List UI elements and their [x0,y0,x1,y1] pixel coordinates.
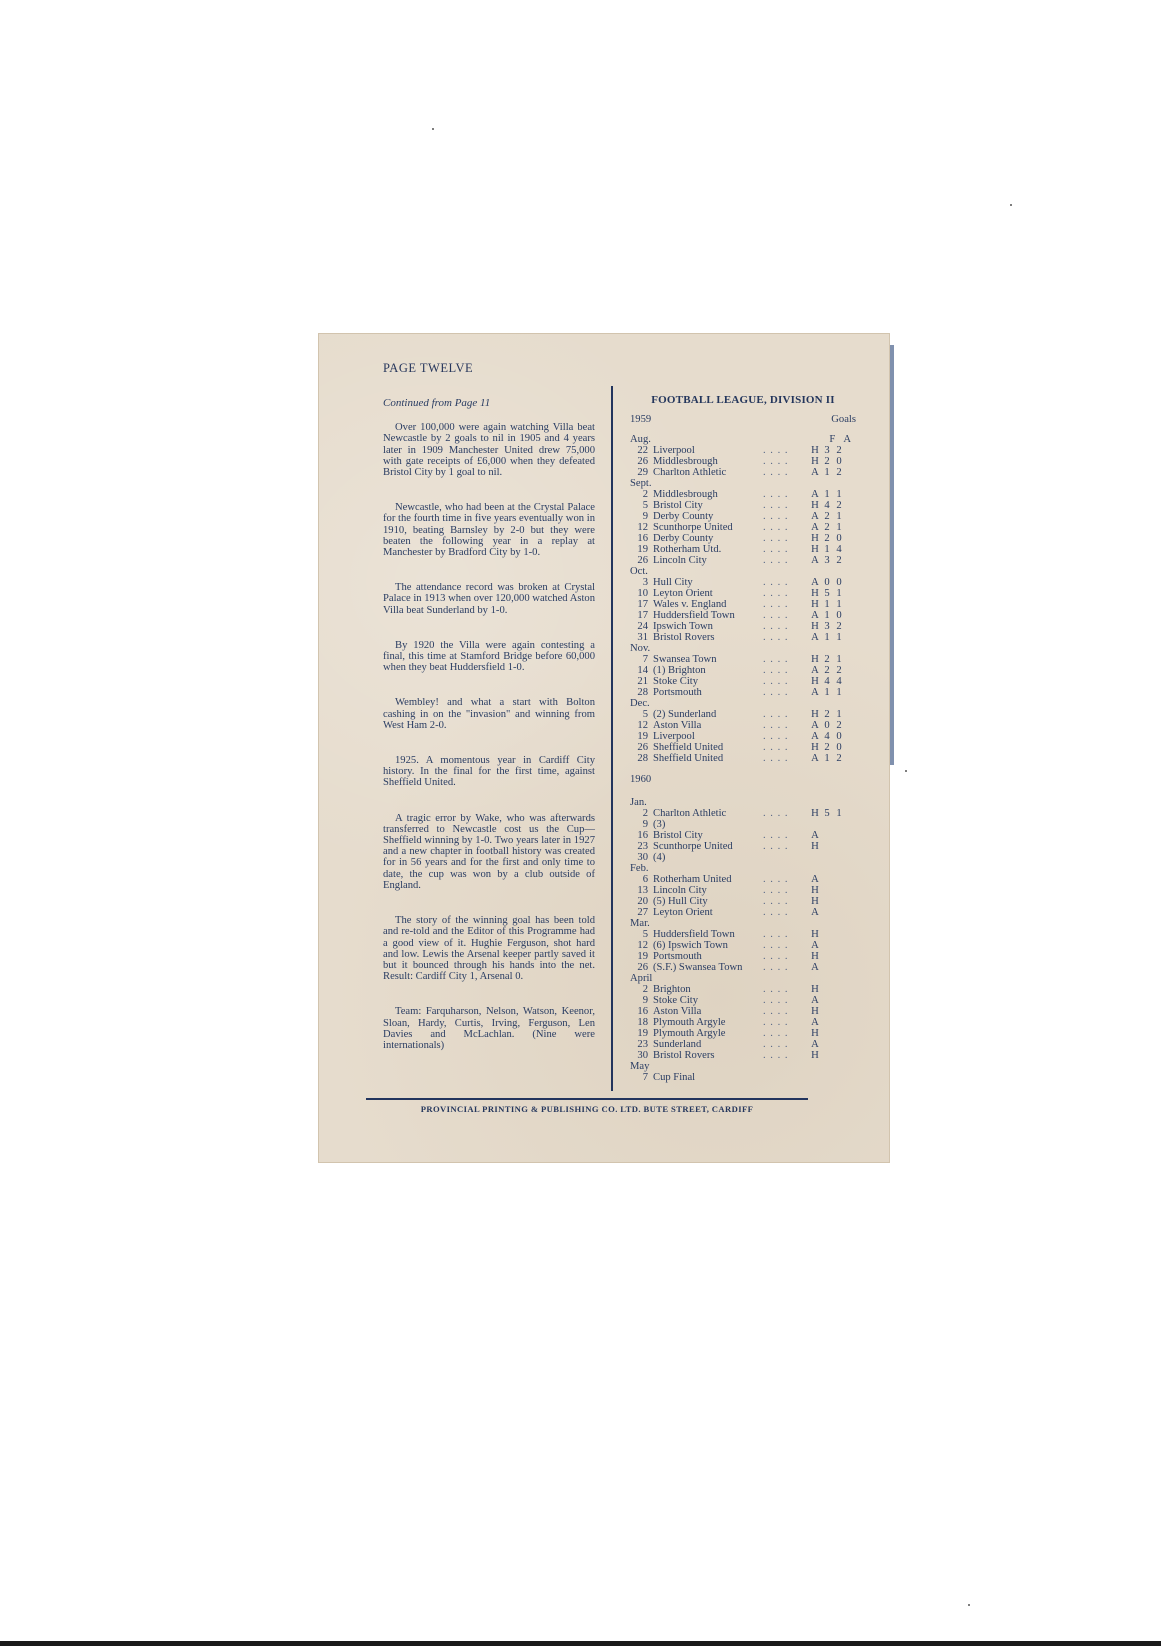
fixture-row: 24Ipswich Town. . . .H32 [630,621,856,632]
fixture-opponent: Middlesbrough [653,456,763,467]
fixture-day: 19 [630,731,653,742]
fixture-venue: A [809,489,821,500]
goals-for [821,819,833,830]
fixture-row: 6Rotherham United. . . .A [630,874,856,885]
goals-against: 1 [833,511,845,522]
goals-against [833,951,845,962]
fixture-day: 13 [630,885,653,896]
fixture-opponent: Ipswich Town [653,621,763,632]
leader-dots: . . . . [763,929,809,940]
fixture-opponent: Bristol City [653,500,763,511]
fixture-opponent: Brighton [653,984,763,995]
goals-for: 2 [821,709,833,720]
fixture-row: 30(4) [630,852,856,863]
leader-dots: . . . . [763,500,809,511]
fixture-day: 26 [630,742,653,753]
fixture-venue: A [809,1017,821,1028]
fixture-day: 2 [630,984,653,995]
fixture-row: 19Plymouth Argyle. . . .H [630,1028,856,1039]
fixture-venue: A [809,907,821,918]
leader-dots [763,819,809,830]
fixture-row: 2Charlton Athletic. . . .H51 [630,808,856,819]
goals-against [833,907,845,918]
fixture-venue: H [809,742,821,753]
leader-dots: . . . . [763,588,809,599]
month-label: Dec. [630,698,650,709]
fixture-day: 9 [630,995,653,1006]
fixture-day: 17 [630,599,653,610]
goals-against: 4 [833,676,845,687]
goals-for: 1 [821,753,833,764]
month-label: Nov. [630,643,650,654]
fixture-day: 30 [630,852,653,863]
leader-dots: . . . . [763,1006,809,1017]
fixture-row: 20(5) Hull City. . . .H [630,896,856,907]
leader-dots: . . . . [763,984,809,995]
goals-for: 1 [821,467,833,478]
goals-against: 2 [833,621,845,632]
scan-edge [0,1641,1161,1646]
fixture-day: 31 [630,632,653,643]
fixture-venue: H [809,1028,821,1039]
goals-against: 4 [833,544,845,555]
fixture-opponent: Stoke City [653,676,763,687]
leader-dots: . . . . [763,489,809,500]
fixture-venue: H [809,984,821,995]
goals-against: 2 [833,753,845,764]
history-paragraph: Wembley! and what a start with Bolton ca… [383,697,595,731]
goals-against [833,1039,845,1050]
fixture-opponent: Liverpool [653,731,763,742]
fixture-day: 26 [630,962,653,973]
goals-for [821,929,833,940]
goals-against: 1 [833,489,845,500]
fixture-venue: H [809,544,821,555]
leader-dots [763,1072,809,1083]
fixture-opponent: Rotherham United [653,874,763,885]
fixture-day: 22 [630,445,653,456]
goals-for: 2 [821,742,833,753]
fixture-row: 18Plymouth Argyle. . . .A [630,1017,856,1028]
goals-against: 1 [833,522,845,533]
fixture-day: 9 [630,819,653,830]
goals-for: 1 [821,544,833,555]
goals-for [821,1039,833,1050]
fixture-opponent: Scunthorpe United [653,841,763,852]
fixture-row: 16Bristol City. . . .A [630,830,856,841]
leader-dots: . . . . [763,511,809,522]
goals-for: 2 [821,533,833,544]
fixture-day: 28 [630,687,653,698]
fixture-row: 19Rotherham Utd.. . . .H14 [630,544,856,555]
fixture-day: 14 [630,665,653,676]
goals-for: 5 [821,588,833,599]
season-header: 1959 Goals [630,414,856,425]
fixture-opponent: Derby County [653,511,763,522]
fixture-opponent: Plymouth Argyle [653,1028,763,1039]
goals-against: 1 [833,599,845,610]
goals-against: 2 [833,467,845,478]
goals-for [821,962,833,973]
goals-against [833,885,845,896]
leader-dots: . . . . [763,632,809,643]
goals-for [821,1006,833,1017]
fixture-opponent: Bristol Rovers [653,1050,763,1061]
leader-dots: . . . . [763,544,809,555]
leader-dots: . . . . [763,467,809,478]
fixture-opponent: (5) Hull City [653,896,763,907]
history-paragraph: The story of the winning goal has been t… [383,915,595,982]
leader-dots: . . . . [763,742,809,753]
goals-against [833,874,845,885]
fixture-opponent: Aston Villa [653,720,763,731]
fixture-row: 5Bristol City. . . .H42 [630,500,856,511]
goals-for [821,1072,833,1083]
goals-against [833,852,845,863]
goals-for [821,951,833,962]
fixture-opponent: Lincoln City [653,885,763,896]
leader-dots: . . . . [763,445,809,456]
fixture-day: 30 [630,1050,653,1061]
fixture-day: 23 [630,1039,653,1050]
fixture-row: 28Portsmouth. . . .A11 [630,687,856,698]
fixture-venue: H [809,533,821,544]
fixture-row: 7Swansea Town. . . .H21 [630,654,856,665]
fixture-venue: A [809,467,821,478]
goals-against: 0 [833,577,845,588]
leader-dots: . . . . [763,577,809,588]
fixture-opponent: Hull City [653,577,763,588]
history-paragraph: Newcastle, who had been at the Crystal P… [383,502,595,558]
goals-for: 4 [821,731,833,742]
fixture-opponent: Swansea Town [653,654,763,665]
fixture-opponent: Huddersfield Town [653,610,763,621]
goals-label: Goals [831,414,856,425]
fixture-row: 17Huddersfield Town. . . .A10 [630,610,856,621]
fixture-row: 16Aston Villa. . . .H [630,1006,856,1017]
fixture-day: 6 [630,874,653,885]
fixture-day: 7 [630,1072,653,1083]
goals-for [821,907,833,918]
fixture-row: 5Huddersfield Town. . . .H [630,929,856,940]
fixture-venue: A [809,687,821,698]
footer-rule [366,1098,808,1100]
goals-for: 5 [821,808,833,819]
goals-against [833,819,845,830]
fixture-day: 16 [630,830,653,841]
goals-for [821,1050,833,1061]
goals-against [833,1050,845,1061]
fixture-row: 17Wales v. England. . . .H11 [630,599,856,610]
fixture-venue: A [809,830,821,841]
fixture-day: 12 [630,720,653,731]
fixture-row: 26Sheffield United. . . .H20 [630,742,856,753]
fixture-opponent: (3) [653,819,763,830]
fixture-row: 28Sheffield United. . . .A12 [630,753,856,764]
goals-against [833,940,845,951]
goals-against [833,1017,845,1028]
fixture-day: 26 [630,555,653,566]
fixture-venue: H [809,951,821,962]
fixture-day: 10 [630,588,653,599]
fixture-row: 26Middlesbrough. . . .H20 [630,456,856,467]
fixture-day: 27 [630,907,653,918]
fixture-day: 19 [630,544,653,555]
goals-for [821,874,833,885]
leader-dots: . . . . [763,830,809,841]
goals-against [833,1028,845,1039]
fixture-row: 22Liverpool. . . .H32 [630,445,856,456]
goals-against: 2 [833,500,845,511]
leader-dots: . . . . [763,1017,809,1028]
goals-for: 2 [821,456,833,467]
fixture-day: 23 [630,841,653,852]
fixture-venue: A [809,1039,821,1050]
fixture-venue: A [809,555,821,566]
history-paragraph: The attendance record was broken at Crys… [383,582,595,616]
leader-dots: . . . . [763,995,809,1006]
fixture-opponent: (2) Sunderland [653,709,763,720]
leader-dots: . . . . [763,1050,809,1061]
fixture-venue: H [809,1006,821,1017]
leader-dots: . . . . [763,808,809,819]
fixture-venue: A [809,874,821,885]
leader-dots: . . . . [763,709,809,720]
fixture-row: 14(1) Brighton. . . .A22 [630,665,856,676]
fixture-day: 24 [630,621,653,632]
leader-dots: . . . . [763,687,809,698]
goals-against [833,995,845,1006]
history-paragraph: Team: Farquharson, Nelson, Watson, Keeno… [383,1006,595,1051]
goals-for: 3 [821,445,833,456]
fixture-opponent: Stoke City [653,995,763,1006]
fixture-opponent: (1) Brighton [653,665,763,676]
fixture-opponent: Sheffield United [653,742,763,753]
fixture-venue: A [809,632,821,643]
goals-for [821,1028,833,1039]
page-heading: PAGE TWELVE [383,361,473,376]
leader-dots: . . . . [763,555,809,566]
fixture-opponent: Charlton Athletic [653,808,763,819]
fixture-opponent: Sheffield United [653,753,763,764]
fixture-opponent: Sunderland [653,1039,763,1050]
fixture-day: 7 [630,654,653,665]
goals-for: 1 [821,687,833,698]
leader-dots: . . . . [763,731,809,742]
fixture-row: 9Stoke City. . . .A [630,995,856,1006]
goals-against [833,1006,845,1017]
goals-against [833,841,845,852]
fixture-opponent: Wales v. England [653,599,763,610]
leader-dots: . . . . [763,456,809,467]
goals-against: 2 [833,665,845,676]
fixture-day: 19 [630,1028,653,1039]
leader-dots: . . . . [763,522,809,533]
fixture-row: 12Scunthorpe United. . . .A21 [630,522,856,533]
goals-against [833,929,845,940]
fixture-row: 30Bristol Rovers. . . .H [630,1050,856,1061]
goals-for: 2 [821,654,833,665]
goals-for [821,841,833,852]
fixture-day: 16 [630,533,653,544]
fixture-row: 3Hull City. . . .A00 [630,577,856,588]
fixture-row: 12(6) Ipswich Town. . . .A [630,940,856,951]
goals-for: 2 [821,522,833,533]
fixture-row: 23Scunthorpe United. . . .H [630,841,856,852]
goals-against: 0 [833,610,845,621]
fixture-row: 2Brighton. . . .H [630,984,856,995]
goals-for: 0 [821,577,833,588]
fixture-venue: H [809,445,821,456]
fixture-row: 29Charlton Athletic. . . .A12 [630,467,856,478]
fixture-day: 2 [630,808,653,819]
program-page: PAGE TWELVE Continued from Page 11 Over … [318,333,890,1163]
fixture-opponent: Portsmouth [653,687,763,698]
fixture-opponent: Lincoln City [653,555,763,566]
fixture-row: 27Leyton Orient. . . .A [630,907,856,918]
goals-against: 2 [833,445,845,456]
fixture-opponent: Bristol City [653,830,763,841]
goals-for: 2 [821,665,833,676]
fixture-day: 5 [630,709,653,720]
goals-for [821,852,833,863]
goals-against [833,830,845,841]
goals-for: 0 [821,720,833,731]
fixture-venue: H [809,896,821,907]
fixture-opponent: Scunthorpe United [653,522,763,533]
goals-against: 2 [833,720,845,731]
goals-for [821,995,833,1006]
fixture-venue: H [809,676,821,687]
fixture-opponent: Leyton Orient [653,588,763,599]
fixture-row: 13Lincoln City. . . .H [630,885,856,896]
goals-for [821,1017,833,1028]
fixture-opponent: Rotherham Utd. [653,544,763,555]
fixture-venue: A [809,962,821,973]
goals-against [833,896,845,907]
leader-dots: . . . . [763,1028,809,1039]
fixture-opponent: Cup Final [653,1072,763,1083]
year-1960: 1960 [630,774,856,785]
goals-for: 2 [821,511,833,522]
fixture-venue: H [809,808,821,819]
goals-against: 1 [833,632,845,643]
fixture-venue: H [809,841,821,852]
goals-against: 0 [833,533,845,544]
goals-for: 1 [821,610,833,621]
fixture-row: 19Portsmouth. . . .H [630,951,856,962]
fixture-row: 26(S.F.) Swansea Town. . . .A [630,962,856,973]
fixture-opponent: Liverpool [653,445,763,456]
league-title: FOOTBALL LEAGUE, DIVISION II [630,395,856,406]
leader-dots: . . . . [763,874,809,885]
leader-dots: . . . . [763,907,809,918]
history-paragraph: 1925. A momentous year in Cardiff City h… [383,755,595,789]
fixture-day: 2 [630,489,653,500]
goals-against [833,1072,845,1083]
fixture-day: 3 [630,577,653,588]
fixture-venue: A [809,731,821,742]
goals-against [833,962,845,973]
fixture-venue [809,852,821,863]
leader-dots: . . . . [763,676,809,687]
fixture-row: 9(3) [630,819,856,830]
fixtures-column: FOOTBALL LEAGUE, DIVISION II 1959 Goals … [630,395,856,1083]
leader-dots: . . . . [763,720,809,731]
goals-for: 1 [821,632,833,643]
fixture-row: 9Derby County. . . .A21 [630,511,856,522]
goals-against: 0 [833,456,845,467]
leader-dots: . . . . [763,621,809,632]
fixture-row: 23Sunderland. . . .A [630,1039,856,1050]
month-label: April [630,973,652,984]
leader-dots: . . . . [763,753,809,764]
goals-for [821,896,833,907]
month-label: Feb. [630,863,649,874]
fixture-day: 21 [630,676,653,687]
fixture-row: 21Stoke City. . . .H44 [630,676,856,687]
goals-for [821,885,833,896]
fixture-opponent: (S.F.) Swansea Town [653,962,763,973]
fixture-day: 12 [630,522,653,533]
goals-for: 3 [821,621,833,632]
fixture-venue: H [809,500,821,511]
fixture-day: 26 [630,456,653,467]
fixture-day: 20 [630,896,653,907]
fixture-venue: H [809,456,821,467]
goals-against: 1 [833,808,845,819]
fixture-opponent: Middlesbrough [653,489,763,500]
fixture-venue: A [809,995,821,1006]
goals-for [821,984,833,995]
fixture-opponent: Bristol Rovers [653,632,763,643]
fixture-row: 31Bristol Rovers. . . .A11 [630,632,856,643]
fixture-day: 18 [630,1017,653,1028]
goals-against [833,984,845,995]
fixture-venue: H [809,709,821,720]
fixture-venue: H [809,885,821,896]
leader-dots: . . . . [763,533,809,544]
fixture-day: 12 [630,940,653,951]
fixture-venue: A [809,753,821,764]
fixture-opponent: Derby County [653,533,763,544]
leader-dots: . . . . [763,885,809,896]
fixture-opponent: (6) Ipswich Town [653,940,763,951]
leader-dots: . . . . [763,599,809,610]
history-paragraph: A tragic error by Wake, who was afterwar… [383,813,595,891]
fixture-venue: H [809,621,821,632]
fixture-venue: H [809,654,821,665]
fixture-day: 19 [630,951,653,962]
fixture-venue: A [809,665,821,676]
printer-credit: PROVINCIAL PRINTING & PUBLISHING CO. LTD… [366,1104,808,1114]
month-label: Aug. [630,434,651,445]
fixture-day: 5 [630,500,653,511]
history-column: Continued from Page 11 Over 100,000 were… [383,398,595,1075]
fixture-opponent: Plymouth Argyle [653,1017,763,1028]
fixture-row: 19Liverpool. . . .A40 [630,731,856,742]
fixture-venue: H [809,588,821,599]
fixture-row: 2Middlesbrough. . . .A11 [630,489,856,500]
goals-against: 2 [833,555,845,566]
fixture-opponent: Portsmouth [653,951,763,962]
leader-dots: . . . . [763,654,809,665]
goals-for: 1 [821,489,833,500]
leader-dots: . . . . [763,962,809,973]
goals-against: 1 [833,687,845,698]
leader-dots: . . . . [763,841,809,852]
fixture-venue [809,1072,821,1083]
